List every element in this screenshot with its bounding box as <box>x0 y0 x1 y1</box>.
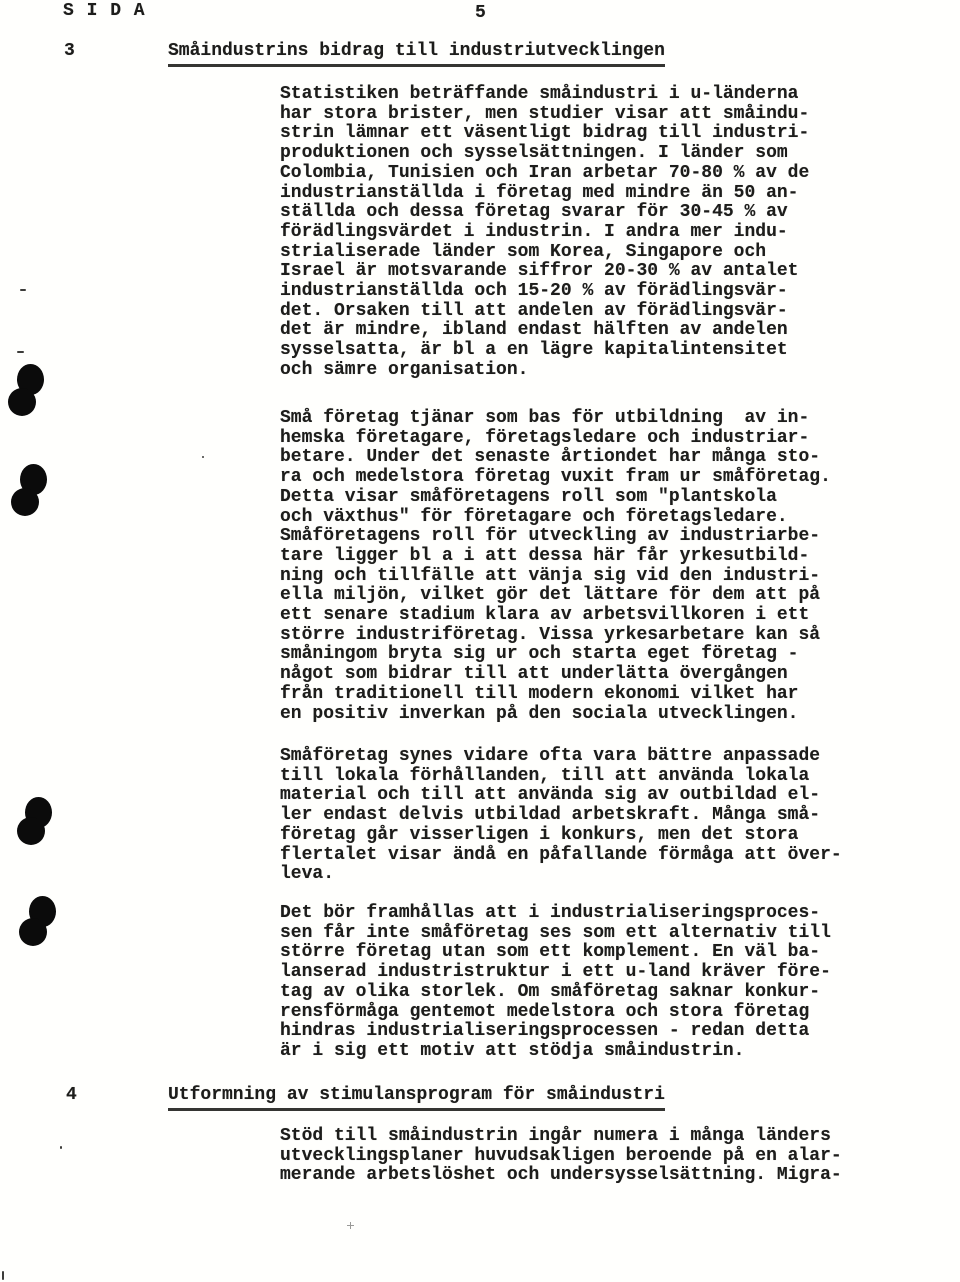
paragraph: Småföretag synes vidare ofta vara bättre… <box>280 747 842 885</box>
ink-blot <box>17 797 52 845</box>
ink-blot <box>8 364 44 416</box>
section-number: 3 <box>64 42 75 62</box>
section-title: Utformning av stimulansprogram för småin… <box>168 1086 665 1111</box>
stray-mark <box>347 1222 354 1229</box>
paragraph: Stöd till småindustrin ingår numera i må… <box>280 1127 842 1186</box>
page-number: 5 <box>475 4 486 24</box>
ink-blot <box>19 896 56 946</box>
paragraph: Små företag tjänar som bas för utbildnin… <box>280 409 831 724</box>
stray-mark <box>17 351 24 353</box>
section-number: 4 <box>66 1086 77 1106</box>
stray-mark <box>60 1146 62 1149</box>
stray-mark <box>202 456 204 458</box>
letterhead-text: S I D A <box>63 2 146 22</box>
ink-blot <box>11 464 47 516</box>
paragraph: Statistiken beträffande småindustri i u-… <box>280 85 809 381</box>
paragraph: Det bör framhållas att i industrialiseri… <box>280 904 831 1062</box>
scanned-document-page: S I D A 5 3 Småindustrins bidrag till in… <box>0 0 960 1282</box>
section-title: Småindustrins bidrag till industriutveck… <box>168 42 665 67</box>
stray-mark <box>2 1271 4 1280</box>
stray-mark <box>20 289 26 291</box>
